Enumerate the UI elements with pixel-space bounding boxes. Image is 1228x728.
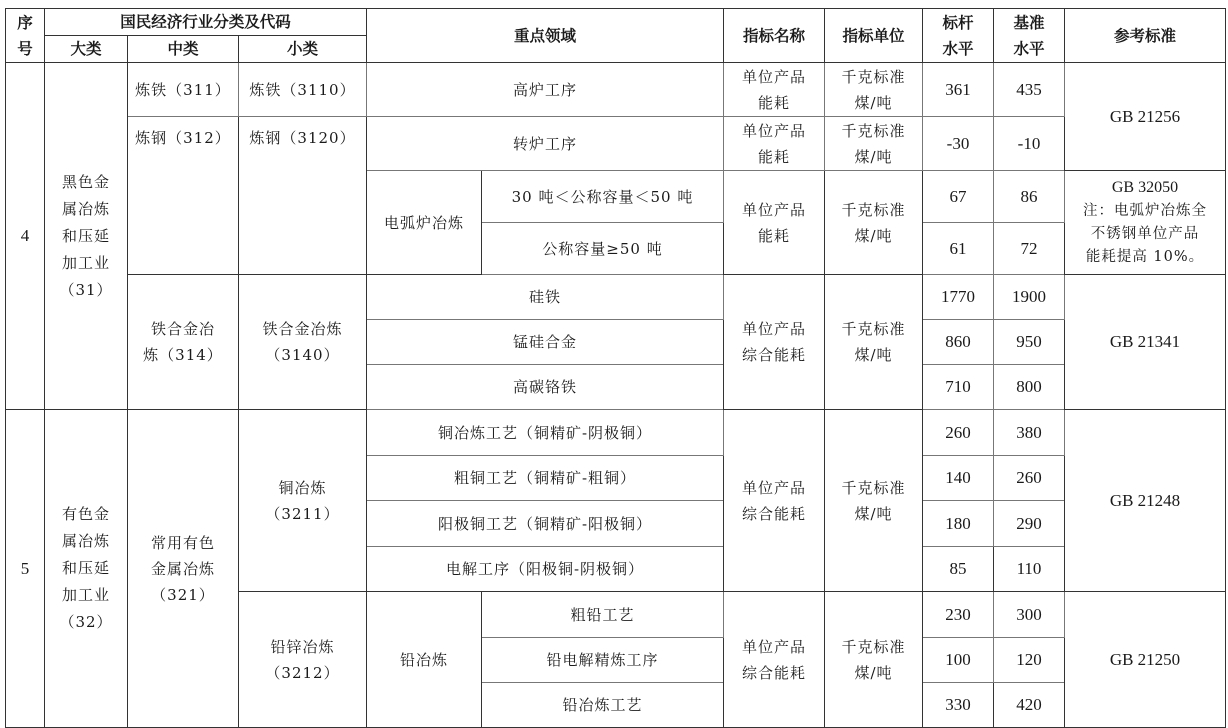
baseline-cell: 300 <box>994 592 1065 638</box>
minor-cell: 铁合金冶炼（3140） <box>239 275 367 410</box>
area-cell: 粗铅工艺 <box>482 592 724 638</box>
header-medium: 中类 <box>128 36 239 63</box>
area-cell: 硅铁 <box>367 275 724 320</box>
indicator-cell: 单位产品综合能耗 <box>724 275 825 410</box>
header-classification: 国民经济行业分类及代码 <box>45 9 367 36</box>
indicator-cell: 单位产品综合能耗 <box>724 592 825 728</box>
baseline-cell: 86 <box>994 171 1065 223</box>
unit-cell: 千克标准煤/吨 <box>825 171 923 275</box>
baseline-cell: 72 <box>994 223 1065 275</box>
baseline-cell: 110 <box>994 547 1065 592</box>
baseline-cell: 260 <box>994 456 1065 501</box>
area-group-cell: 铅冶炼 <box>367 592 482 728</box>
baseline-cell: 950 <box>994 320 1065 365</box>
baseline-cell: 420 <box>994 683 1065 728</box>
benchmark-cell: 85 <box>923 547 994 592</box>
unit-cell: 千克标准煤/吨 <box>825 117 923 171</box>
baseline-cell: 380 <box>994 410 1065 456</box>
header-minor: 小类 <box>239 36 367 63</box>
baseline-cell: 290 <box>994 501 1065 547</box>
benchmark-cell: -30 <box>923 117 994 171</box>
energy-benchmark-table: 序号 国民经济行业分类及代码 重点领域 指标名称 指标单位 标杆水平 基准水平 … <box>5 8 1226 728</box>
benchmark-cell: 260 <box>923 410 994 456</box>
reference-cell: GB 21256 <box>1065 63 1226 171</box>
area-cell: 粗铜工艺（铜精矿-粗铜） <box>367 456 724 501</box>
unit-cell: 千克标准煤/吨 <box>825 592 923 728</box>
baseline-cell: 800 <box>994 365 1065 410</box>
medium-cell: 铁合金冶炼（314） <box>128 275 239 410</box>
area-cell: 电解工序（阳极铜-阴极铜） <box>367 547 724 592</box>
minor-cell: 炼铁（3110） <box>239 63 367 117</box>
medium-cell: 常用有色金属冶炼（321） <box>128 410 239 728</box>
header-baseline: 基准水平 <box>994 9 1065 63</box>
seq-cell: 5 <box>6 410 45 728</box>
benchmark-cell: 330 <box>923 683 994 728</box>
indicator-cell: 单位产品能耗 <box>724 117 825 171</box>
indicator-cell: 单位产品综合能耗 <box>724 410 825 592</box>
area-cell: 铜冶炼工艺（铜精矿-阴极铜） <box>367 410 724 456</box>
minor-cell: 铜冶炼（3211） <box>239 410 367 592</box>
header-indicator-unit: 指标单位 <box>825 9 923 63</box>
area-group-cell: 电弧炉冶炼 <box>367 171 482 275</box>
header-indicator-name: 指标名称 <box>724 9 825 63</box>
area-cell: 铅电解精炼工序 <box>482 638 724 683</box>
table-row: 炼钢（312） 炼钢（3120） 转炉工序 单位产品能耗 千克标准煤/吨 -30… <box>6 117 1226 171</box>
header-reference: 参考标准 <box>1065 9 1226 63</box>
reference-cell: GB 21250 <box>1065 592 1226 728</box>
indicator-cell: 单位产品能耗 <box>724 171 825 275</box>
medium-cell: 炼铁（311） <box>128 63 239 117</box>
benchmark-cell: 180 <box>923 501 994 547</box>
benchmark-cell: 230 <box>923 592 994 638</box>
area-cell: 锰硅合金 <box>367 320 724 365</box>
benchmark-cell: 100 <box>923 638 994 683</box>
table-row: 5 有色金属冶炼和压延加工业（32） 常用有色金属冶炼（321） 铜冶炼（321… <box>6 410 1226 456</box>
unit-cell: 千克标准煤/吨 <box>825 275 923 410</box>
seq-cell: 4 <box>6 63 45 410</box>
baseline-cell: -10 <box>994 117 1065 171</box>
header-focus-area: 重点领域 <box>367 9 724 63</box>
benchmark-cell: 61 <box>923 223 994 275</box>
minor-cell: 炼钢（3120） <box>239 117 367 275</box>
benchmark-cell: 710 <box>923 365 994 410</box>
table-row: 铁合金冶炼（314） 铁合金冶炼（3140） 硅铁 单位产品综合能耗 千克标准煤… <box>6 275 1226 320</box>
benchmark-cell: 1770 <box>923 275 994 320</box>
reference-cell: GB 32050 注：电弧炉冶炼全 不锈钢单位产品 能耗提高 10%。 <box>1065 171 1226 275</box>
unit-cell: 千克标准煤/吨 <box>825 410 923 592</box>
area-cell: 30 吨＜公称容量＜50 吨 <box>482 171 724 223</box>
table-row: 4 黑色金属冶炼和压延加工业（31） 炼铁（311） 炼铁（3110） 高炉工序… <box>6 63 1226 117</box>
baseline-cell: 435 <box>994 63 1065 117</box>
major-cell: 黑色金属冶炼和压延加工业（31） <box>45 63 128 410</box>
reference-cell: GB 21248 <box>1065 410 1226 592</box>
benchmark-cell: 67 <box>923 171 994 223</box>
benchmark-cell: 860 <box>923 320 994 365</box>
area-cell: 高碳铬铁 <box>367 365 724 410</box>
header-major: 大类 <box>45 36 128 63</box>
area-cell: 公称容量≥50 吨 <box>482 223 724 275</box>
baseline-cell: 120 <box>994 638 1065 683</box>
area-cell: 高炉工序 <box>367 63 724 117</box>
medium-cell: 炼钢（312） <box>128 117 239 275</box>
area-cell: 转炉工序 <box>367 117 724 171</box>
indicator-cell: 单位产品能耗 <box>724 63 825 117</box>
header-seq: 序号 <box>6 9 45 63</box>
unit-cell: 千克标准煤/吨 <box>825 63 923 117</box>
header-benchmark: 标杆水平 <box>923 9 994 63</box>
area-cell: 阳极铜工艺（铜精矿-阳极铜） <box>367 501 724 547</box>
reference-cell: GB 21341 <box>1065 275 1226 410</box>
benchmark-cell: 140 <box>923 456 994 501</box>
minor-cell: 铅锌冶炼（3212） <box>239 592 367 728</box>
major-cell: 有色金属冶炼和压延加工业（32） <box>45 410 128 728</box>
baseline-cell: 1900 <box>994 275 1065 320</box>
area-cell: 铅冶炼工艺 <box>482 683 724 728</box>
benchmark-cell: 361 <box>923 63 994 117</box>
